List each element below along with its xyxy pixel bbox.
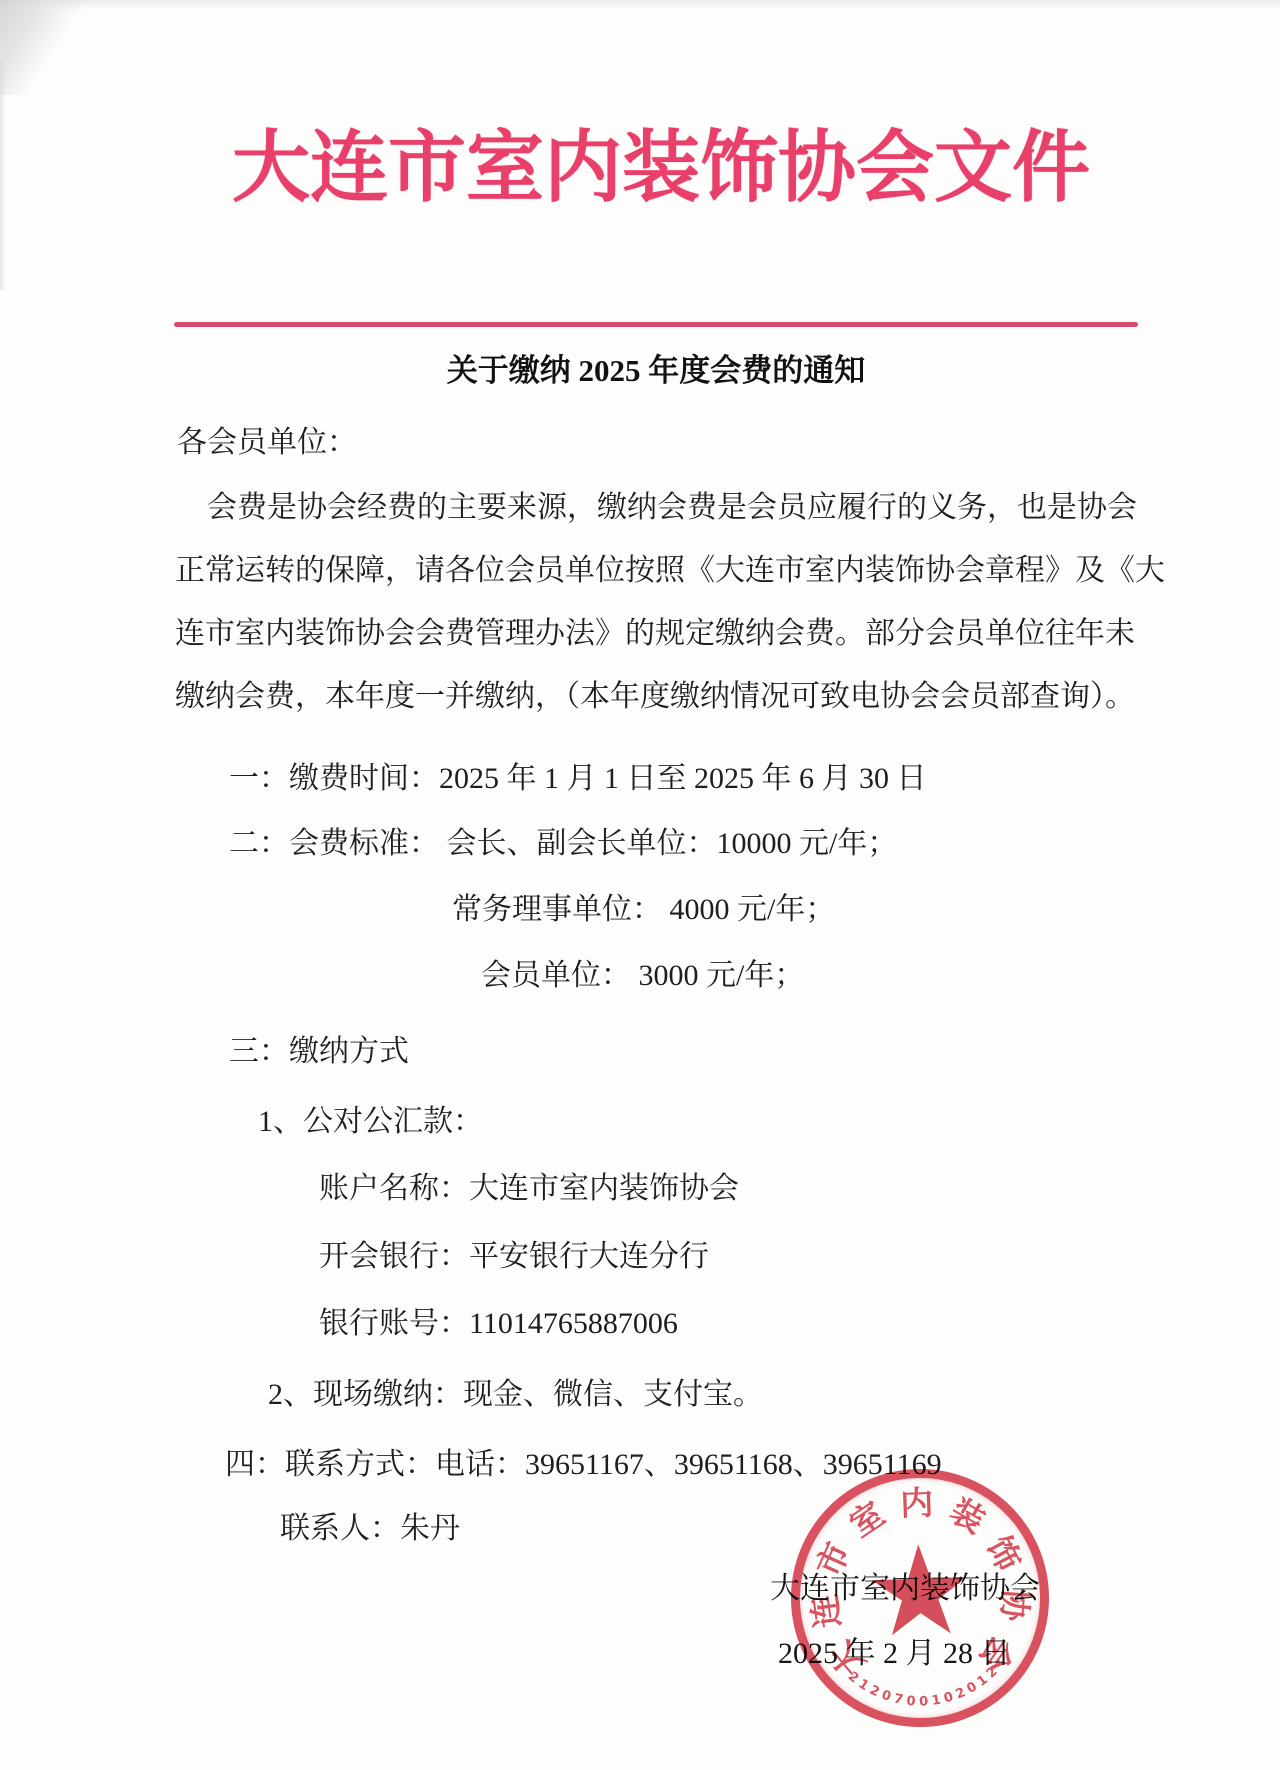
scanned-notice-page: 大连市室内装饰协会文件 关于缴纳 2025 年度会费的通知 各会员单位： 会费是… <box>0 0 1280 1770</box>
letterhead-rule <box>174 322 1138 327</box>
paragraph-line-4: 缴纳会费，本年度一并缴纳，（本年度缴纳情况可致电协会会员部查询）。 <box>175 678 1135 716</box>
paragraph-line-2: 正常运转的保障，请各位会员单位按照《大连市室内装饰协会章程》及《大 <box>175 552 1165 590</box>
scan-corner-artifact <box>0 0 110 95</box>
paragraph-line-1: 会费是协会经费的主要来源，缴纳会费是会员应履行的义务，也是协会 <box>207 489 1137 527</box>
notice-title: 关于缴纳 2025 年度会费的通知 <box>174 352 1138 391</box>
item-payment-method: 三：缴纳方式 <box>229 1033 409 1071</box>
letterhead-title: 大连市室内装饰协会文件 <box>232 124 1132 211</box>
paragraph-line-3: 连市室内装饰协会会费管理办法》的规定缴纳会费。部分会员单位往年未 <box>175 615 1135 653</box>
seal-code-digit: 0 <box>906 1695 916 1709</box>
scan-left-edge-artifact <box>0 60 6 290</box>
method-onsite: 2、现场缴纳：现金、微信、支付宝。 <box>268 1376 763 1414</box>
bank-name: 开会银行：平安银行大连分行 <box>319 1238 709 1276</box>
seal-arc-char: 协 <box>995 1587 1030 1622</box>
method-bank-transfer: 1、公对公汇款： <box>258 1103 483 1141</box>
seal-arc-char: 内 <box>900 1488 934 1522</box>
bank-account-number: 银行账号：11014765887006 <box>319 1305 678 1343</box>
fee-member-unit: 会员单位： 3000 元/年； <box>481 957 804 995</box>
star-icon: ★ <box>862 1528 977 1656</box>
seal-code-digit: 0 <box>919 1695 928 1708</box>
item-fee-standard: 二：会费标准： 会长、副会长单位：10000 元/年； <box>229 825 897 863</box>
fee-standing-director: 常务理事单位： 4000 元/年； <box>452 891 835 929</box>
official-seal: ★ 大 连 市 室 内 装 饰 协 会 2 1 0 2 0 1 0 0 7 0 … <box>787 1465 1054 1732</box>
scan-top-shadow <box>0 0 1280 10</box>
account-name: 账户名称：大连市室内装饰协会 <box>319 1170 739 1208</box>
contact-person: 联系人：朱丹 <box>280 1510 460 1548</box>
seal-arc-char: 连 <box>809 1592 846 1629</box>
salutation: 各会员单位： <box>177 424 357 462</box>
seal-code-digit: 1 <box>931 1694 942 1708</box>
item-payment-time: 一：缴费时间：2025 年 1 月 1 日至 2025 年 6 月 30 日 <box>229 760 927 798</box>
